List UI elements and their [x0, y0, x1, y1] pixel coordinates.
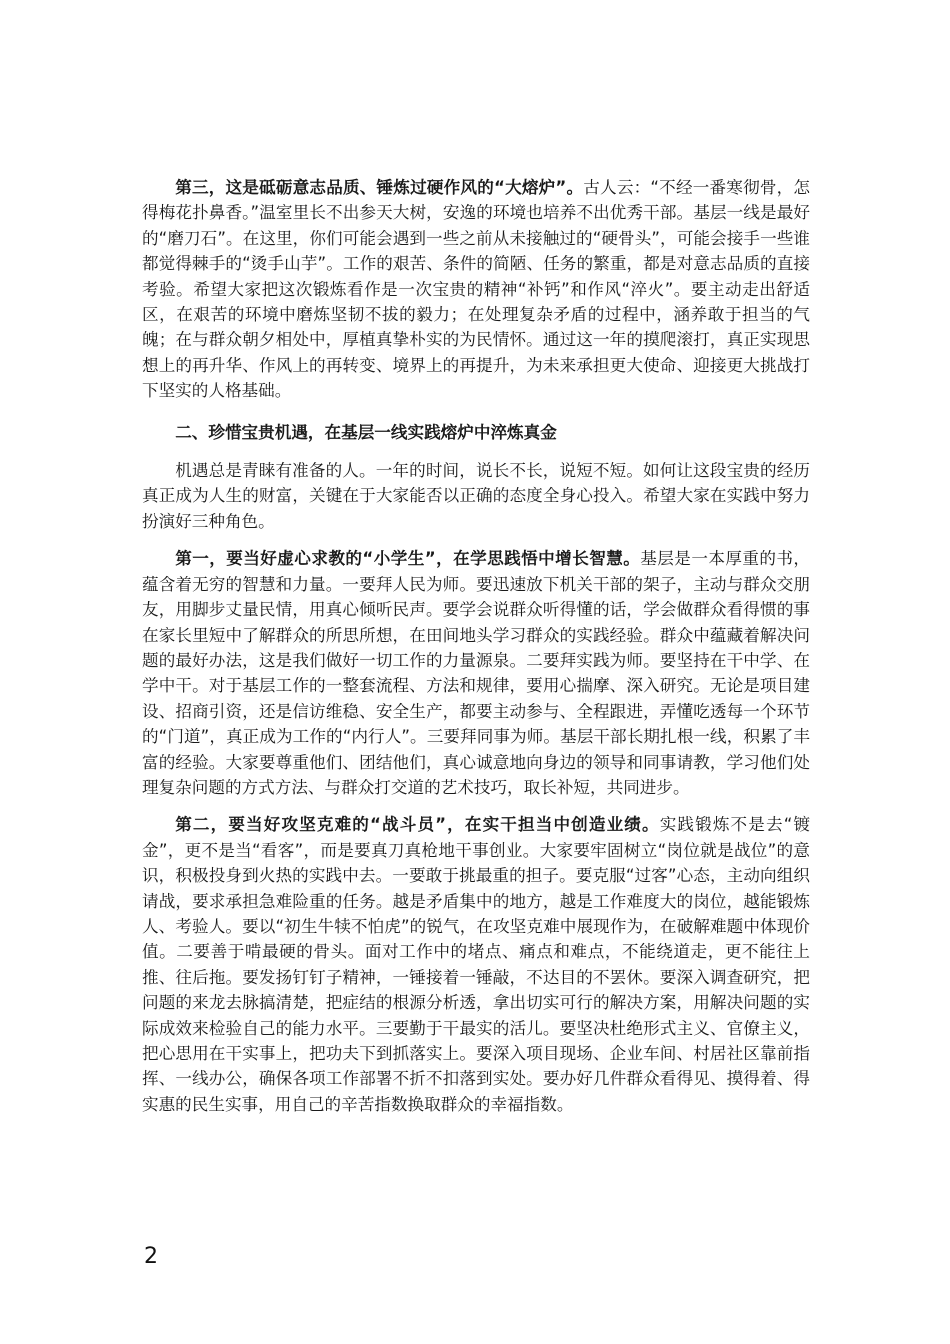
paragraph-second-role: 第二，要当好攻坚克难的“战斗员”，在实干担当中创造业绩。实践锻炼不是去“镀金”，… [142, 812, 810, 1117]
paragraph-body: 古人云：“不经一番寒彻骨，怎得梅花扑鼻香。”温室里长不出参天大树，安逸的环境也培… [142, 178, 810, 400]
paragraph-intro: 机遇总是青睐有准备的人。一年的时间，说长不长，说短不短。如何让这段宝贵的经历真正… [142, 458, 810, 534]
section-heading: 二、珍惜宝贵机遇，在基层一线实践熔炉中淬炼真金 [142, 420, 810, 445]
document-page: 第三，这是砥砺意志品质、锤炼过硬作风的“大熔炉”。古人云：“不经一番寒彻骨，怎得… [142, 175, 810, 1117]
paragraph-third-point: 第三，这是砥砺意志品质、锤炼过硬作风的“大熔炉”。古人云：“不经一番寒彻骨，怎得… [142, 175, 810, 404]
paragraph-body: 实践锻炼不是去“镀金”，更不是当“看客”，而是要真刀真枪地干事创业。大家要牢固树… [142, 815, 810, 1113]
paragraph-lead: 第三，这是砥砺意志品质、锤炼过硬作风的“大熔炉”。 [175, 178, 583, 197]
page-number: 2 [144, 1244, 158, 1269]
paragraph-body: 基层是一本厚重的书，蕴含着无穷的智慧和力量。一要拜人民为师。要迅速放下机关干部的… [142, 549, 810, 797]
paragraph-lead: 第一，要当好虚心求教的“小学生”，在学思践悟中增长智慧。 [175, 549, 640, 568]
paragraph-lead: 第二，要当好攻坚克难的“战斗员”，在实干担当中创造业绩。 [175, 815, 660, 834]
paragraph-first-role: 第一，要当好虚心求教的“小学生”，在学思践悟中增长智慧。基层是一本厚重的书，蕴含… [142, 546, 810, 800]
